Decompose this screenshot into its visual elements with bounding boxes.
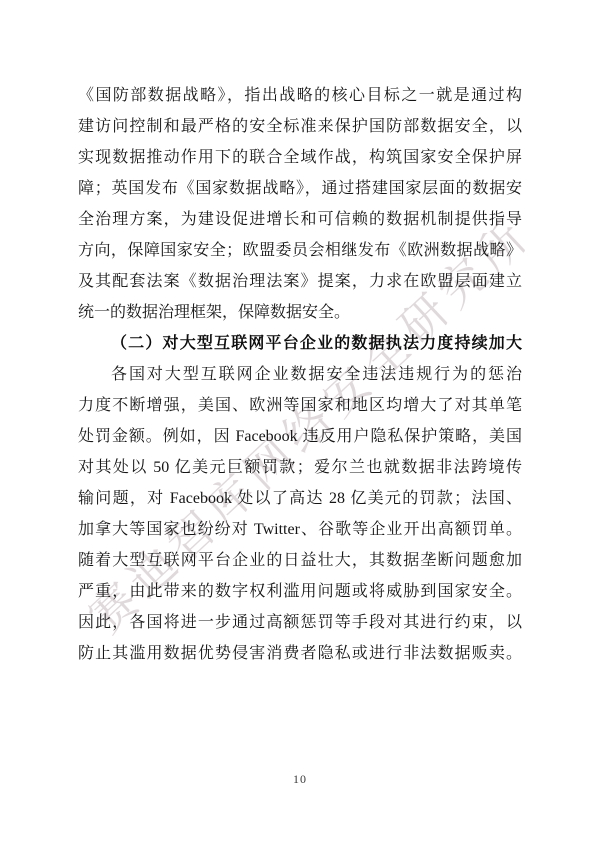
text-line: 对其处以 50 亿美元巨额罚款；爱尔兰也就数据非法跨境传 (78, 452, 522, 483)
text-line: 建访问控制和最严格的安全标准来保护国防部数据安全，以 (78, 111, 522, 142)
text-line: 输问题，对 Facebook 处以了高达 28 亿美元的罚款；法国、 (78, 483, 522, 514)
text-line: 实现数据推动作用下的联合全域作战，构筑国家安全保护屏 (78, 142, 522, 173)
text-line: 严重，由此带来的数字权利滥用问题或将威胁到国家安全。 (78, 576, 522, 607)
text-line: 因此，各国将进一步通过高额惩罚等手段对其进行约束，以 (78, 607, 522, 638)
document-body: 《国防部数据战略》，指出战略的核心目标之一就是通过构 建访问控制和最严格的安全标… (78, 80, 522, 669)
text-line: 及其配套法案《数据治理法案》提案，力求在欧盟层面建立 (78, 266, 522, 297)
text-line: 各国对大型互联网企业数据安全违法违规行为的惩治 (78, 359, 522, 390)
text-line: 加拿大等国家也纷纷对 Twitter、谷歌等企业开出高额罚单。 (78, 514, 522, 545)
section-heading: （二）对大型互联网平台企业的数据执法力度持续加大 (78, 328, 522, 359)
text-line: 防止其滥用数据优势侵害消费者隐私或进行非法数据贩卖。 (78, 638, 522, 669)
text-line: 《国防部数据战略》，指出战略的核心目标之一就是通过构 (78, 80, 522, 111)
document-page: 赛迪智库网络安全研究所 《国防部数据战略》，指出战略的核心目标之一就是通过构 建… (0, 0, 600, 848)
text-line: 统一的数据治理框架，保障数据安全。 (78, 297, 522, 328)
text-line: 障；英国发布《国家数据战略》，通过搭建国家层面的数据安 (78, 173, 522, 204)
text-line: 随着大型互联网平台企业的日益壮大，其数据垄断问题愈加 (78, 545, 522, 576)
page-number: 10 (0, 771, 600, 787)
text-line: 方向，保障国家安全；欧盟委员会相继发布《欧洲数据战略》 (78, 235, 522, 266)
text-line: 处罚金额。例如，因 Facebook 违反用户隐私保护策略，美国 (78, 421, 522, 452)
text-line: 力度不断增强，美国、欧洲等国家和地区均增大了对其单笔 (78, 390, 522, 421)
text-line: 全治理方案，为建设促进增长和可信赖的数据机制提供指导 (78, 204, 522, 235)
